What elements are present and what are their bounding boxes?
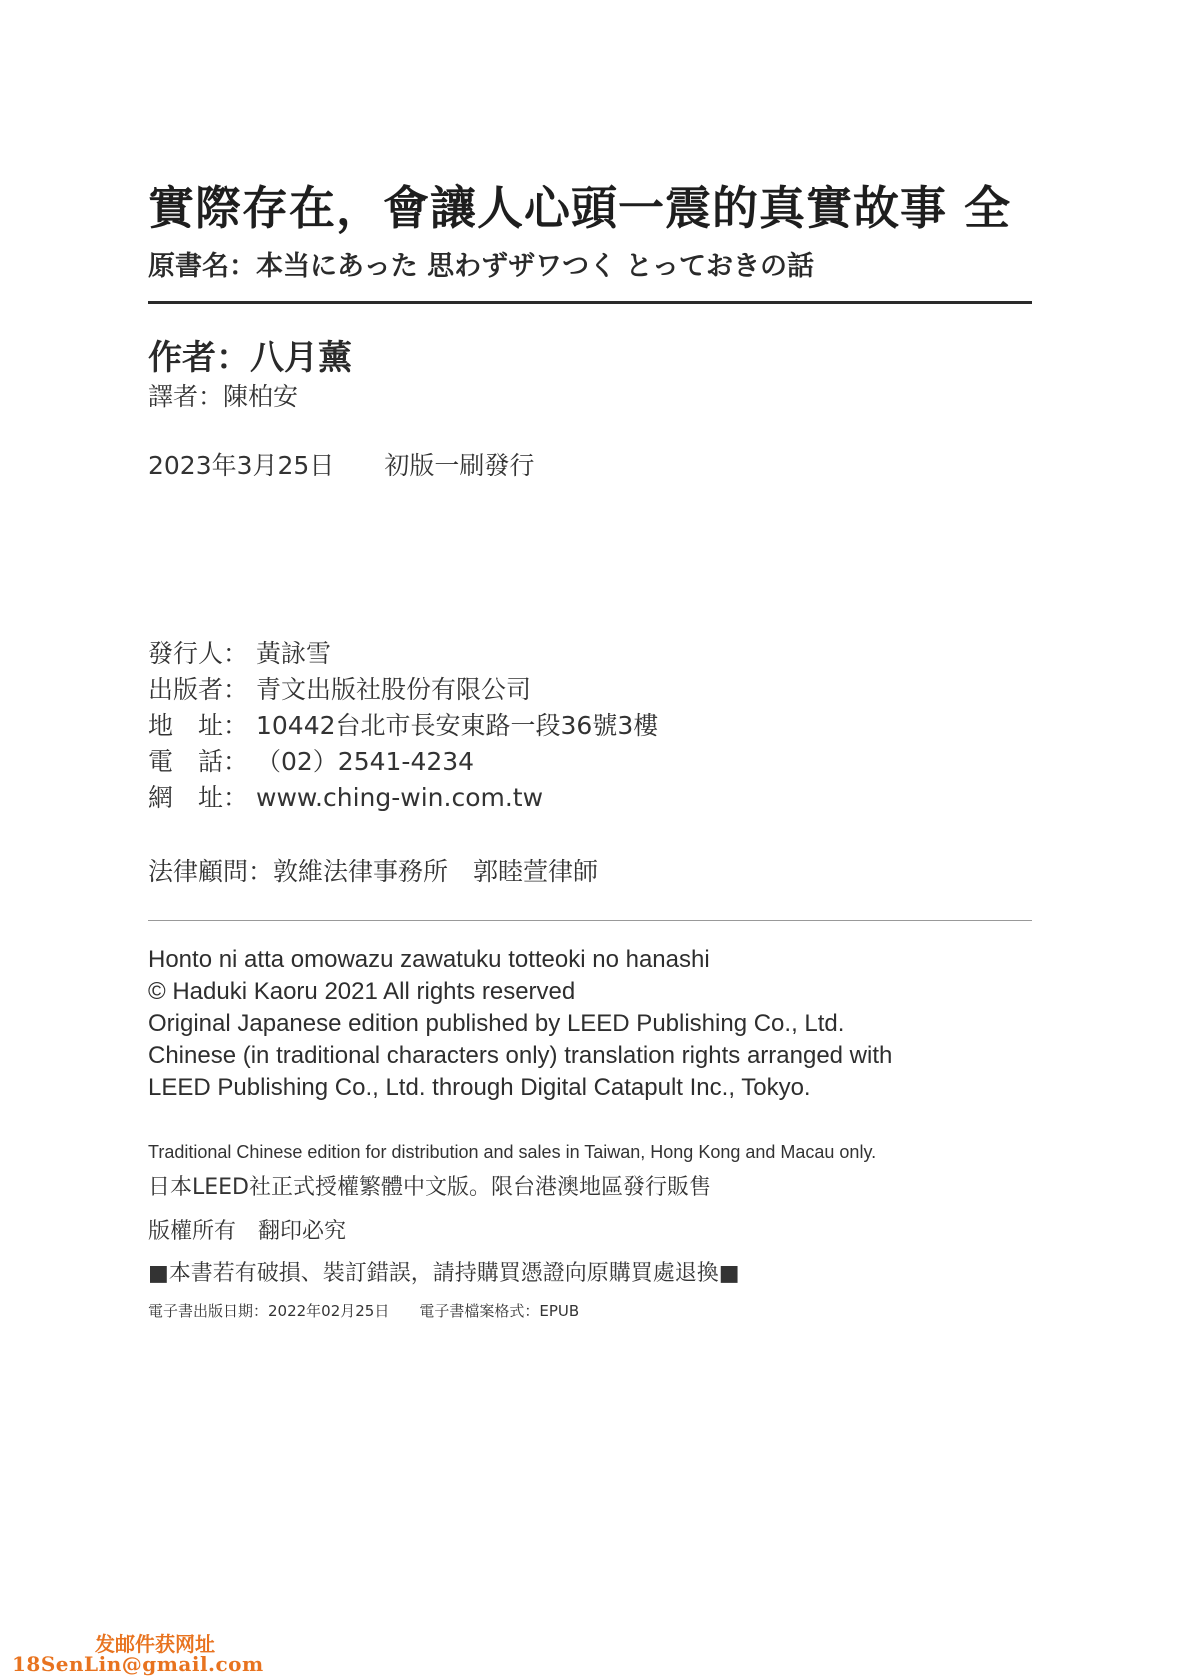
copyright-line: © Haduki Kaoru 2021 All rights reserved [148, 978, 575, 1006]
watermark-email: 18SenLin@gmail.com [12, 1652, 264, 1676]
info-label: 電 話： [148, 742, 256, 778]
distribution-notice-en: Traditional Chinese edition for distribu… [148, 1142, 876, 1163]
publisher-info-row: 發行人：黃詠雪 [148, 634, 331, 670]
publisher-info-row: 網 址：www.ching-win.com.tw [148, 778, 543, 814]
legal-counsel: 法律顧問：敦維法律事務所 郭睦萱律師 [148, 852, 598, 888]
rights-reserved: 版權所有 翻印必究 [148, 1214, 346, 1245]
author: 作者：八月薰 [148, 330, 352, 379]
publisher-info-row: 電 話：（02）2541-4234 [148, 742, 474, 778]
info-value: （02）2541-4234 [256, 747, 474, 776]
info-value: www.ching-win.com.tw [256, 783, 543, 812]
info-label: 網 址： [148, 778, 256, 814]
copyright-line: Honto ni atta omowazu zawatuku totteoki … [148, 946, 710, 974]
section-divider [148, 920, 1032, 921]
book-title: 實際存在，會讓人心頭一震的真實故事 全 [148, 172, 1011, 238]
publisher-info-row: 出版者：青文出版社股份有限公司 [148, 670, 531, 706]
publisher-info-row: 地 址：10442台北市長安東路一段36號3樓 [148, 706, 658, 742]
info-value: 青文出版社股份有限公司 [256, 675, 531, 704]
copyright-line: Original Japanese edition published by L… [148, 1010, 844, 1038]
title-divider [148, 301, 1032, 304]
ebook-info: 電子書出版日期：2022年02月25日 電子書檔案格式：EPUB [148, 1300, 579, 1321]
publish-date: 2023年3月25日 初版一刷發行 [148, 446, 534, 482]
info-label: 出版者： [148, 670, 256, 706]
translator: 譯者：陳柏安 [148, 377, 298, 413]
info-value: 10442台北市長安東路一段36號3樓 [256, 711, 658, 740]
original-title: 原書名：本当にあった 思わずザワつく とっておきの話 [148, 244, 814, 283]
info-label: 發行人： [148, 634, 256, 670]
copyright-line: Chinese (in traditional characters only)… [148, 1042, 892, 1070]
info-label: 地 址： [148, 706, 256, 742]
copyright-line: LEED Publishing Co., Ltd. through Digita… [148, 1074, 811, 1102]
info-value: 黃詠雪 [256, 639, 331, 668]
return-notice: ■本書若有破損、裝訂錯誤，請持購買憑證向原購買處退換■ [148, 1256, 740, 1287]
distribution-notice-zh: 日本LEED社正式授權繁體中文版。限台港澳地區發行販售 [148, 1170, 711, 1201]
